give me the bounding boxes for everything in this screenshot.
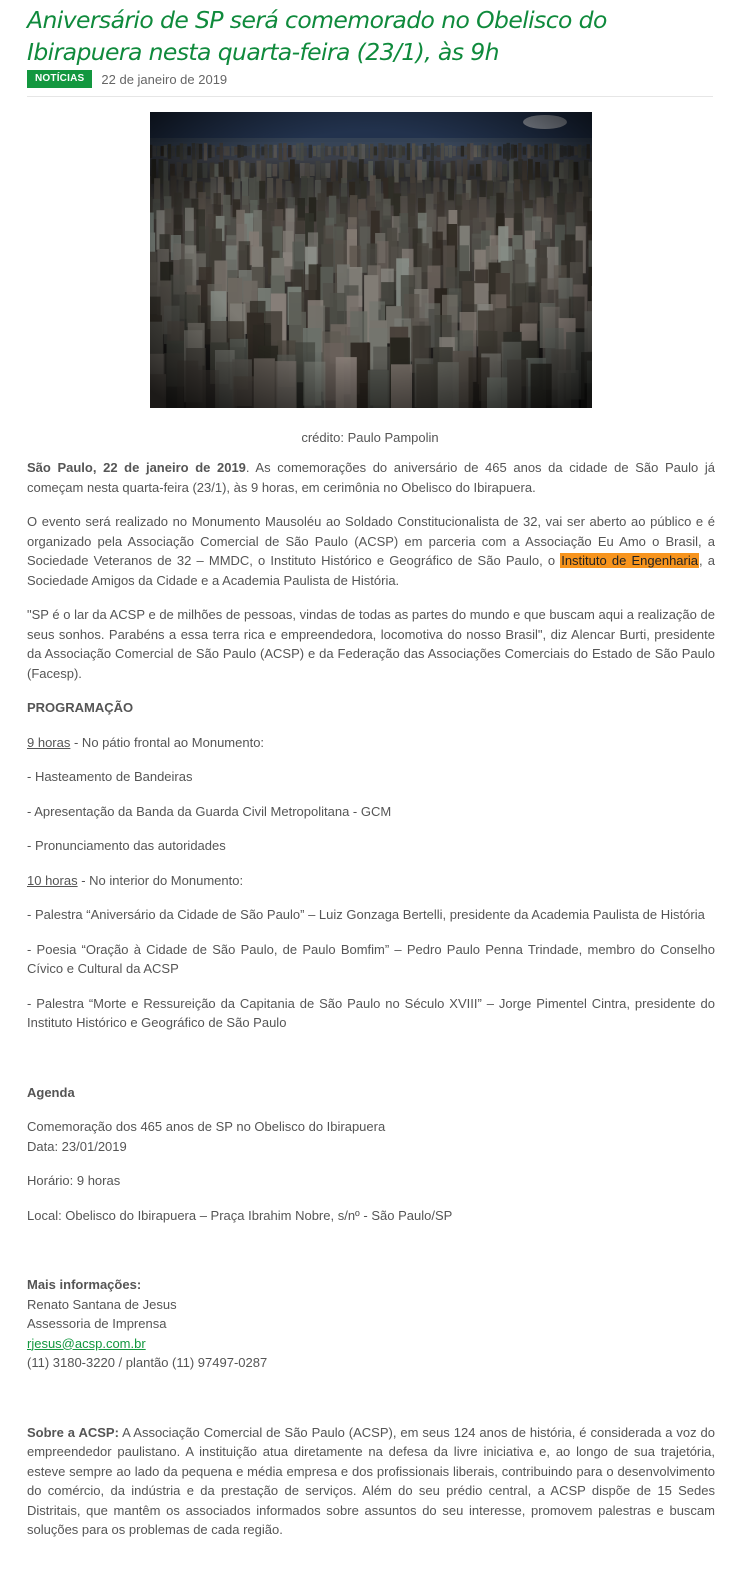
- publish-date: 22 de janeiro de 2019: [101, 72, 227, 87]
- program-item: - Pronunciamento das autoridades: [27, 836, 715, 856]
- paragraph-organizers: O evento será realizado no Monumento Mau…: [27, 512, 715, 590]
- program-item: - Hasteamento de Bandeiras: [27, 767, 715, 787]
- block1-place: - No pátio frontal ao Monumento:: [70, 735, 264, 750]
- paragraph-lead: São Paulo, 22 de janeiro de 2019. As com…: [27, 458, 715, 497]
- block2-header: 10 horas - No interior do Monumento:: [27, 871, 715, 891]
- contact-name: Renato Santana de Jesus: [27, 1297, 177, 1312]
- contact-role: Assessoria de Imprensa: [27, 1316, 166, 1331]
- programacao-heading: PROGRAMAÇÃO: [27, 698, 715, 718]
- agenda-time: Horário: 9 horas: [27, 1171, 715, 1191]
- article-title: Aniversário de SP será comemorado no Obe…: [27, 4, 727, 68]
- program-item: - Palestra “Aniversário da Cidade de São…: [27, 905, 715, 925]
- paragraph-quote: "SP é o lar da ACSP e de milhões de pess…: [27, 605, 715, 683]
- agenda-location: Local: Obelisco do Ibirapuera – Praça Ib…: [27, 1206, 715, 1226]
- contact-block: Mais informações: Renato Santana de Jesu…: [27, 1275, 715, 1373]
- contact-email-link[interactable]: rjesus@acsp.com.br: [27, 1336, 146, 1351]
- article-meta: NOTÍCIAS 22 de janeiro de 2019: [27, 70, 227, 88]
- highlighted-text: Instituto de Engenharia: [560, 553, 699, 568]
- contact-heading: Mais informações:: [27, 1277, 141, 1292]
- block1-time: 9 horas: [27, 735, 70, 750]
- article-photo: [150, 112, 592, 408]
- block2-place: - No interior do Monumento:: [78, 873, 243, 888]
- program-item: - Apresentação da Banda da Guarda Civil …: [27, 802, 715, 822]
- agenda-heading: Agenda: [27, 1083, 715, 1103]
- article-body: São Paulo, 22 de janeiro de 2019. As com…: [27, 458, 715, 1555]
- about-lead: Sobre a ACSP:: [27, 1425, 119, 1440]
- block2-time: 10 horas: [27, 873, 78, 888]
- block1-header: 9 horas - No pátio frontal ao Monumento:: [27, 733, 715, 753]
- image-credit: crédito: Paulo Pampolin: [27, 430, 713, 445]
- agenda-date: Data: 23/01/2019: [27, 1139, 127, 1154]
- about-paragraph: Sobre a ACSP: A Associação Comercial de …: [27, 1423, 715, 1540]
- program-item: - Poesia “Oração à Cidade de São Paulo, …: [27, 940, 715, 979]
- program-item: - Palestra “Morte e Ressureição da Capit…: [27, 994, 715, 1033]
- lead-dateline: São Paulo, 22 de janeiro de 2019: [27, 460, 246, 475]
- category-badge[interactable]: NOTÍCIAS: [27, 70, 92, 88]
- agenda-event: Comemoração dos 465 anos de SP no Obelis…: [27, 1117, 715, 1156]
- programacao-heading-text: PROGRAMAÇÃO: [27, 700, 133, 715]
- agenda-heading-text: Agenda: [27, 1085, 75, 1100]
- about-text: A Associação Comercial de São Paulo (ACS…: [27, 1425, 715, 1538]
- agenda-event-name: Comemoração dos 465 anos de SP no Obelis…: [27, 1119, 385, 1134]
- contact-phones: (11) 3180-3220 / plantão (11) 97497-0287: [27, 1355, 267, 1370]
- divider: [27, 96, 713, 97]
